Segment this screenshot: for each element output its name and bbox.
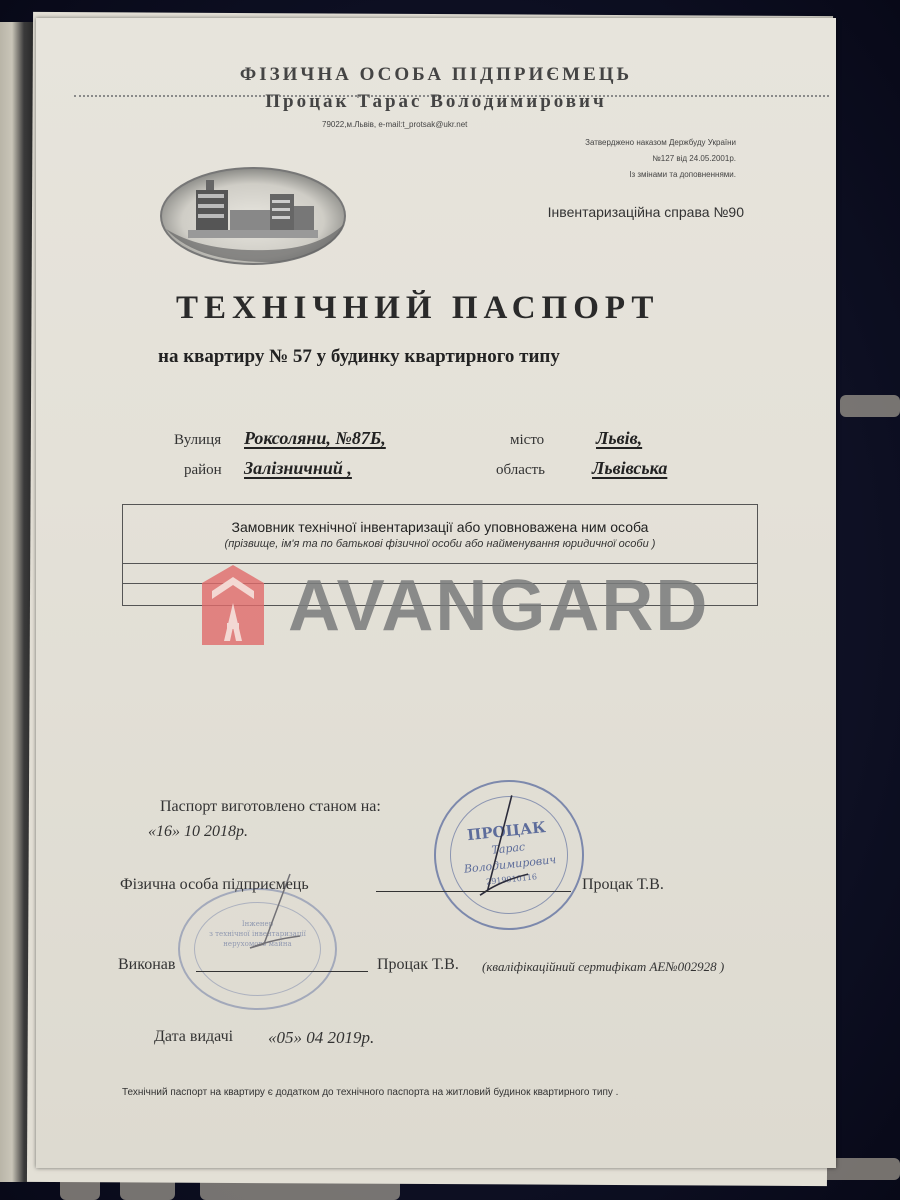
customer-subtitle: (прізвище, ім'я та по батькові фізичної … bbox=[123, 538, 757, 550]
header-owner-name: Процак Тарас Володимирович bbox=[36, 91, 836, 113]
engineer-seal-stamp: Інженер з технічної інвентаризації нерух… bbox=[178, 888, 337, 1010]
entrepreneur-signature-line bbox=[376, 891, 571, 892]
issue-date-value: «05» 04 2019р. bbox=[268, 1028, 374, 1048]
footer-note: Технічний паспорт на квартиру є додатком… bbox=[122, 1087, 618, 1098]
street-value: Роксоляни, №87Б, bbox=[244, 428, 386, 449]
inventory-case-number: Інвентаризаційна справа №90 bbox=[548, 204, 744, 220]
building-logo-icon bbox=[158, 154, 348, 274]
customer-table-header: Замовник технічної інвентаризації або уп… bbox=[123, 505, 757, 564]
city-label: місто bbox=[510, 432, 544, 449]
approval-line-1: Затверджено наказом Держбуду України bbox=[585, 135, 736, 151]
entrepreneur-name: Процак Т.В. bbox=[582, 876, 664, 894]
region-label: область bbox=[496, 462, 545, 479]
executor-label: Виконав bbox=[118, 956, 175, 974]
round-seal-stamp: ПРОЦАК Тарас Володимирович 2919910116 bbox=[427, 773, 592, 938]
header-address: 79022,м.Львів, e-mail:t_protsak@ukr.net bbox=[322, 120, 467, 129]
city-value: Львів, bbox=[596, 428, 642, 449]
signature-mark bbox=[460, 790, 541, 907]
issue-date-label: Дата видачі bbox=[154, 1028, 233, 1046]
avangard-logo-icon bbox=[200, 563, 266, 647]
document-subtitle: на квартиру № 57 у будинку квартирного т… bbox=[158, 346, 560, 368]
approval-line-2: №127 від 24.05.2001р. bbox=[585, 151, 736, 167]
approval-note: Затверджено наказом Держбуду України №12… bbox=[585, 135, 736, 183]
rug-pattern bbox=[840, 395, 900, 417]
street-label: Вулиця bbox=[174, 432, 221, 449]
qualification-certificate: (кваліфікаційний сертифікат АЕ№002928 ) bbox=[482, 959, 724, 975]
document-title: ТЕХНІЧНИЙ ПАСПОРТ bbox=[176, 290, 659, 327]
approval-line-3: Із змінами та доповненнями. bbox=[585, 167, 736, 183]
entrepreneur-label: Фізична особа підприємець bbox=[120, 876, 309, 894]
district-label: район bbox=[184, 462, 222, 479]
executor-name: Процак Т.В. bbox=[377, 956, 459, 974]
district-value: Залізничний , bbox=[244, 458, 352, 479]
prepared-date: «16» 10 2018р. bbox=[148, 823, 248, 841]
avangard-watermark: AVANGARD bbox=[200, 563, 720, 653]
executor-signature-line bbox=[196, 971, 368, 972]
technical-passport-page: ФІЗИЧНА ОСОБА ПІДПРИЄМЕЦЬ Процак Тарас В… bbox=[36, 18, 836, 1168]
header-entity-type: ФІЗИЧНА ОСОБА ПІДПРИЄМЕЦЬ bbox=[36, 64, 836, 86]
customer-title: Замовник технічної інвентаризації або уп… bbox=[123, 519, 757, 535]
watermark-text: AVANGARD bbox=[288, 565, 709, 647]
prepared-label: Паспорт виготовлено станом на: bbox=[160, 798, 381, 816]
region-value: Львівська bbox=[592, 458, 667, 479]
